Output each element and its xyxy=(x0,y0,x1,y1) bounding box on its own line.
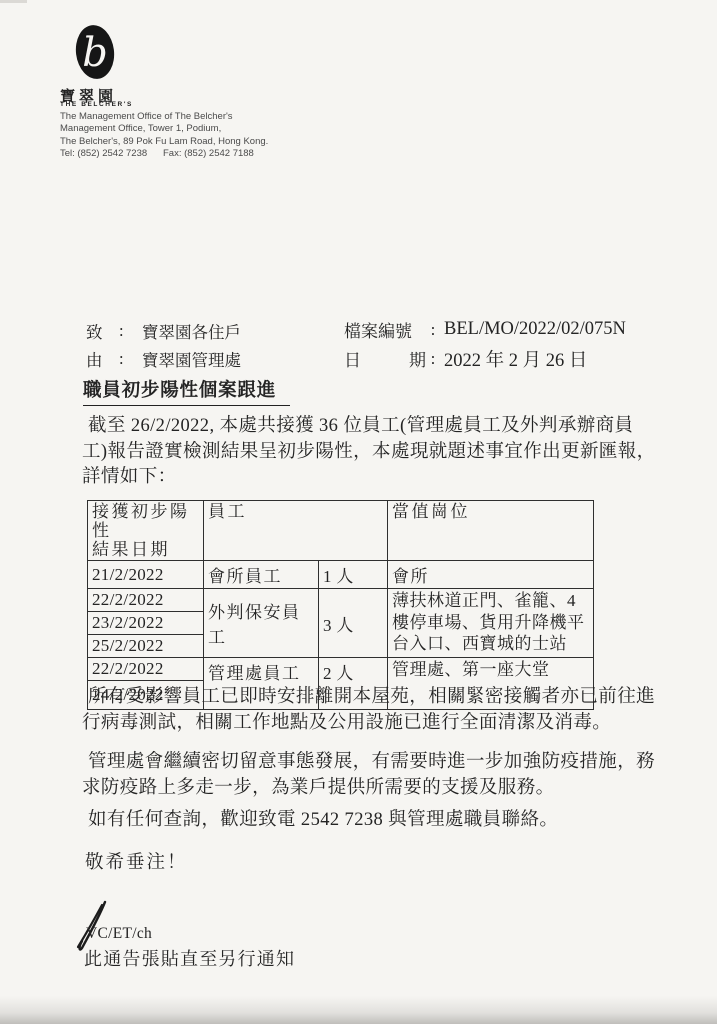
date-cell: 22/2/2022 xyxy=(88,589,204,612)
table-row: 21/2/2022 會所員工 1 人 會所 xyxy=(88,561,594,589)
date-value: 2022 年 2 月 26 日 xyxy=(444,346,587,372)
header-date-line2: 結果日期 xyxy=(92,540,199,559)
count-cell: 3 人 xyxy=(319,589,388,658)
to-label: 致 xyxy=(86,319,119,343)
date-label: 日 期 xyxy=(344,346,426,371)
estate-name-english: THE BELCHER'S xyxy=(60,101,133,108)
positive-cases-table: 接獲初步陽性 結果日期 員工 當值崗位 21/2/2022 會所員工 1 人 會… xyxy=(87,500,594,710)
recipient-block: 致 : 寶翠園各住戶 由 : 寶翠園管理處 xyxy=(86,317,241,373)
address-line: The Management Office of The Belcher's xyxy=(60,111,268,123)
to-value: 寶翠園各住戶 xyxy=(142,319,241,343)
date-cell: 25/2/2022 xyxy=(88,635,204,658)
office-address-block: The Management Office of The Belcher's M… xyxy=(60,111,268,161)
paragraph-followup: 管理處會繼續密切留意事態發展，有需要時進一步加強防疫措施，務求防疫路上多走一步，… xyxy=(82,750,656,801)
post-cell: 會所 xyxy=(388,561,594,589)
notice-title: 職員初步陽性個案跟進 xyxy=(83,376,290,406)
svg-text:b: b xyxy=(82,30,108,76)
file-number-label-text: 檔案編號 xyxy=(344,317,412,342)
staff-cell: 會所員工 xyxy=(204,561,319,589)
from-label: 由 xyxy=(86,347,119,371)
file-reference-block: 檔案編號 : BEL/MO/2022/02/075N 日 期 : 2022 年 … xyxy=(344,315,626,373)
colon: : xyxy=(119,321,142,341)
count-cell: 1 人 xyxy=(319,561,388,589)
paragraph-measures: 所有受影響員工已即時安排離開本屋苑，相關緊密接觸者亦已前往進行病毒測試，相關工作… xyxy=(82,685,656,736)
from-value: 寶翠園管理處 xyxy=(142,347,241,371)
file-number-row: 檔案編號 : BEL/MO/2022/02/075N xyxy=(344,315,626,344)
post-cell: 薄扶林道正門、雀籠、4 樓停車場、貨用升降機平台入口、西寶城的士站 xyxy=(388,589,594,658)
table-row: 22/2/2022 外判保安員工 3 人 薄扶林道正門、雀籠、4 樓停車場、貨用… xyxy=(88,589,594,612)
to-row: 致 : 寶翠園各住戶 xyxy=(86,317,241,345)
paragraph-summary: 截至 26/2/2022, 本處共接獲 36 位員工(管理處員工及外判承辦商員工… xyxy=(82,414,656,491)
header-cell-post: 當值崗位 xyxy=(388,501,594,561)
address-line: Management Office, Tower 1, Podium, xyxy=(60,123,268,135)
address-line-tel-fax: Tel: (852) 2542 7238 Fax: (852) 2542 718… xyxy=(60,148,268,160)
belchers-logo-icon: b xyxy=(72,23,118,83)
date-label-char2: 期 xyxy=(409,346,426,371)
posting-note: 此通告張貼直至另行通知 xyxy=(84,945,295,971)
address-line: The Belcher's, 89 Pok Fu Lam Road, Hong … xyxy=(60,136,268,148)
header-cell-staff: 員工 xyxy=(204,501,388,561)
colon: : xyxy=(426,349,440,369)
closing-remark: 敬希垂注！ xyxy=(85,848,188,874)
scanned-notice-page: b 寶翠園 THE BELCHER'S The Management Offic… xyxy=(0,0,717,1024)
scan-shadow-bottom xyxy=(0,996,717,1024)
date-row: 日 期 : 2022 年 2 月 26 日 xyxy=(344,344,626,373)
date-cell: 23/2/2022 xyxy=(88,612,204,635)
table-header-row: 接獲初步陽性 結果日期 員工 當值崗位 xyxy=(88,501,594,561)
paragraph-enquiry: 如有任何查詢，歡迎致電 2542 7238 與管理處職員聯絡。 xyxy=(82,808,656,834)
colon: : xyxy=(119,349,142,369)
table-row: 22/2/2022 管理處員工 2 人 管理處、第一座大堂 xyxy=(88,658,594,681)
file-number-value: BEL/MO/2022/02/075N xyxy=(444,319,626,340)
colon: : xyxy=(426,320,440,340)
from-row: 由 : 寶翠園管理處 xyxy=(86,345,241,373)
reference-initials: VC/ET/ch xyxy=(86,925,152,943)
date-cell: 22/2/2022 xyxy=(88,658,204,681)
header-date-line1: 接獲初步陽性 xyxy=(92,502,199,540)
date-label-char1: 日 xyxy=(344,346,361,371)
staff-cell: 外判保安員工 xyxy=(204,589,319,658)
scan-artifact-top-left xyxy=(0,0,27,3)
date-cell: 21/2/2022 xyxy=(88,561,204,589)
header-cell-date: 接獲初步陽性 結果日期 xyxy=(88,501,204,561)
file-number-label: 檔案編號 xyxy=(344,317,426,342)
